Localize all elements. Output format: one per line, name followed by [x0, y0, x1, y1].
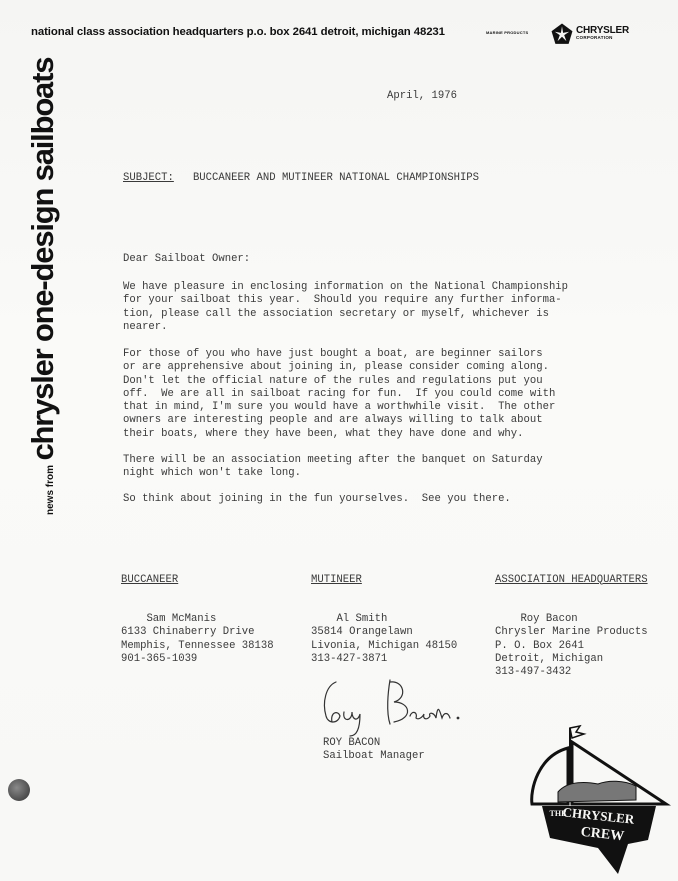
contact-buccaneer: BUCCANEER Sam McManis 6133 Chinaberry Dr… — [121, 547, 274, 680]
company-sub: CORPORATION — [576, 36, 629, 41]
salutation: Dear Sailboat Owner: — [123, 253, 250, 265]
sidebar-brand: news from chrysler one-design sailboats — [25, 58, 61, 515]
paragraph: We have pleasure in enclosing informatio… — [123, 281, 623, 334]
pentastar-icon — [551, 23, 573, 45]
letter-date: April, 1976 — [387, 90, 457, 102]
subject-line: SUBJECT: BUCCANEER AND MUTINEER NATIONAL… — [123, 172, 479, 184]
paragraph: So think about joining in the fun yourse… — [123, 493, 623, 506]
punch-hole — [8, 779, 30, 801]
letter-page: national class association headquarters … — [0, 0, 678, 881]
signer-name: ROY BACON — [323, 737, 380, 749]
emblem-top: THE — [550, 809, 567, 818]
contact-details: Roy Bacon Chrysler Marine Products P. O.… — [495, 613, 648, 678]
signer-block: ROY BACON Sailboat Manager — [323, 737, 425, 764]
contact-heading: MUTINEER — [311, 574, 457, 587]
contact-heading: ASSOCIATION HEADQUARTERS — [495, 574, 648, 587]
signer-title: Sailboat Manager — [323, 750, 425, 762]
subject-label: SUBJECT: — [123, 172, 174, 184]
chrysler-corporation-logo: CHRYSLER CORPORATION — [576, 26, 629, 41]
contact-details: Al Smith 35814 Orangelawn Livonia, Michi… — [311, 613, 457, 665]
letterhead-address: national class association headquarters … — [31, 26, 445, 38]
contact-headquarters: ASSOCIATION HEADQUARTERS Roy Bacon Chrys… — [495, 547, 648, 693]
handwritten-signature — [318, 672, 468, 740]
contact-heading: BUCCANEER — [121, 574, 274, 587]
paragraph: For those of you who have just bought a … — [123, 348, 623, 441]
contact-details: Sam McManis 6133 Chinaberry Drive Memphi… — [121, 613, 274, 665]
sidebar-prefix: news from — [45, 465, 56, 515]
marine-products-label: MARINE PRODUCTS — [486, 30, 528, 35]
sidebar-brand-text: chrysler one-design sailboats — [25, 58, 60, 461]
paragraph: There will be an association meeting aft… — [123, 454, 623, 481]
subject-text: BUCCANEER AND MUTINEER NATIONAL CHAMPION… — [193, 172, 479, 184]
contact-mutineer: MUTINEER Al Smith 35814 Orangelawn Livon… — [311, 547, 457, 680]
sailboat-crew-logo-icon: CHRYSLER CREW THE — [528, 720, 673, 876]
